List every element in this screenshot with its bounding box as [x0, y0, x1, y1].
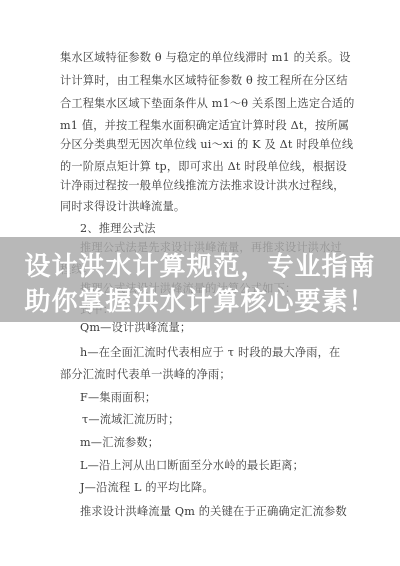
- paragraph-line: 合工程集水区域下垫面条件从 m1～θ 关系图上选定合适的: [60, 97, 350, 111]
- paragraph-line: 计计算时，由工程集水区域特征参数 θ 按工程所在分区结: [60, 74, 350, 88]
- definition-line: 部分汇流时代表单一洪峰的净雨；: [60, 368, 350, 382]
- definition-line: Qm—设计洪峰流量；: [80, 321, 370, 335]
- paragraph-line: 推求设计洪峰流量 Qm 的关键在于正确确定汇流参数: [80, 505, 370, 519]
- paragraph-line: 分区分类典型无因次单位线 ui～xi 的 K 及 Δt 时段单位线: [60, 138, 350, 152]
- definition-line: L—沿上河从出口断面至分水岭的最长距离；: [80, 459, 370, 473]
- definition-line: τ—流域汇流历时；: [82, 413, 372, 427]
- definition-line: J—沿流程 L 的平均比降。: [80, 481, 370, 495]
- headline-title-line1: 设计洪水计算规范，专业指南: [0, 252, 400, 282]
- section-heading: 2、推理公式法: [80, 222, 370, 236]
- paragraph-line: 同时求得设计洪峰流量。: [60, 200, 350, 214]
- headline-title-line2: 助你掌握洪水计算核心要素！: [0, 287, 400, 317]
- paragraph-line: m1 值，并按工程集水面积确定适宜计算时段 Δt，按所属: [60, 119, 350, 133]
- paragraph-line: 的一阶原点矩计算 tp，即可求出 Δt 时段单位线，根据设: [60, 160, 350, 174]
- definition-line: h—在全面汇流时代表相应于 τ 时段的最大净雨，在: [80, 346, 370, 360]
- definition-line: m—汇流参数；: [80, 436, 370, 450]
- paragraph-line: 计净雨过程按一般单位线推流方法推求设计洪水过程线，: [60, 179, 350, 193]
- definition-line: F—集雨面积；: [80, 391, 370, 405]
- paragraph-line: 集水区域特征参数 θ 与稳定的单位线滞时 m1 的关系。设: [60, 51, 350, 65]
